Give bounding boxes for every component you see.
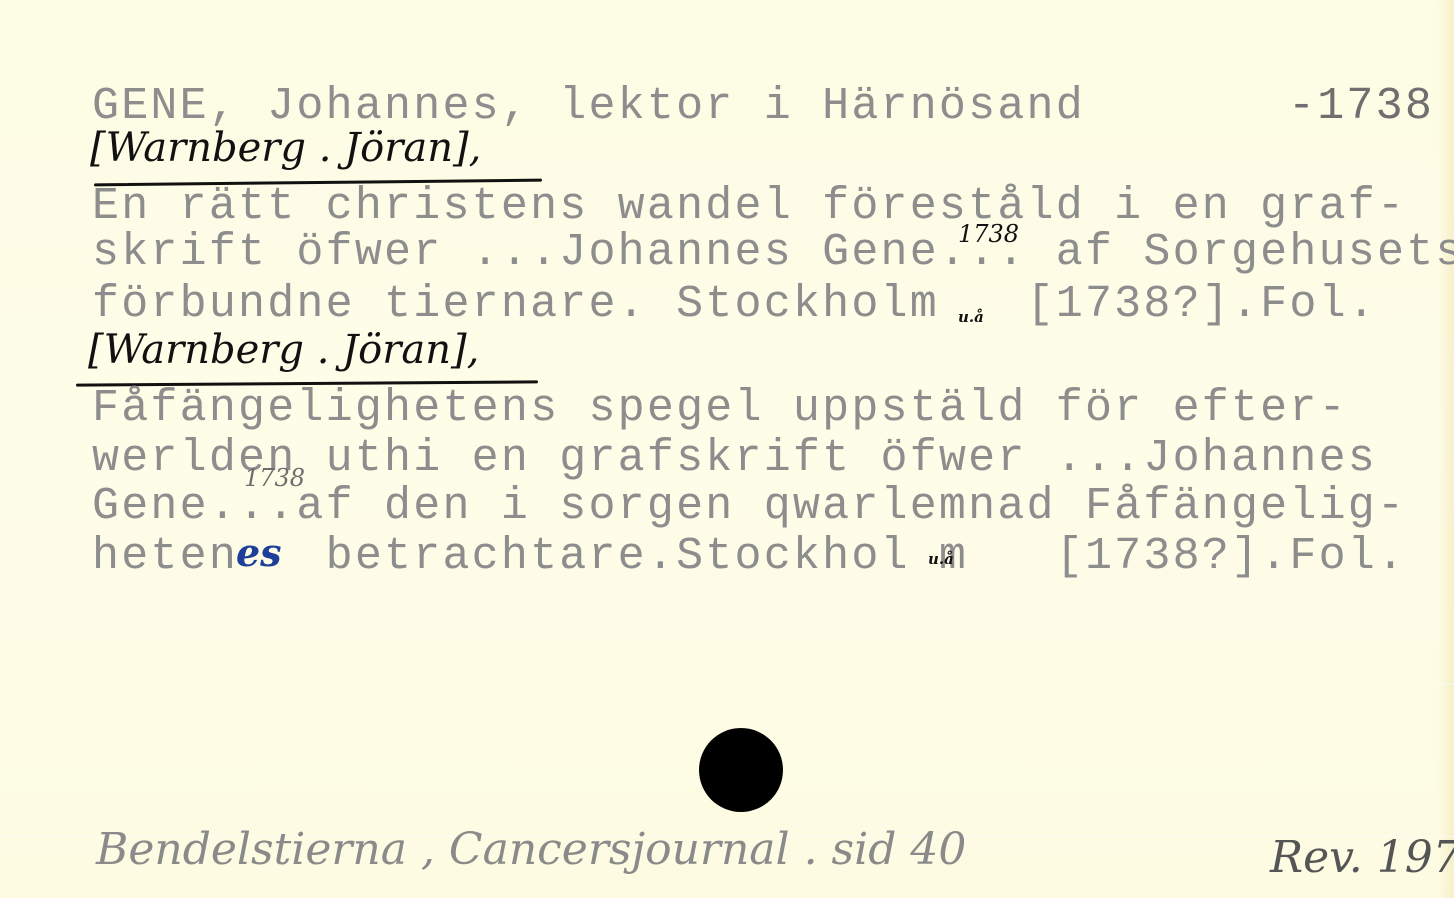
- author-annotation-1: [Warnberg . Jöran],: [90, 128, 481, 168]
- entry-1-line-1: En rätt christens wandel föreståld i en …: [92, 184, 1406, 229]
- blue-correction: es: [236, 534, 282, 572]
- source-note: Bendelstierna , Cancersjournal . sid 40: [96, 828, 966, 872]
- entry-2-line-4: heten betrachtare.Stockhol m [1738?].Fol…: [92, 534, 1406, 579]
- catalog-card: GENE, Johannes, lektor i Härnösand -1738…: [0, 0, 1454, 898]
- place-annotation-1: u.å: [958, 310, 984, 325]
- heading-date: -1738: [1288, 84, 1434, 129]
- entry-1-line-2: skrift öfwer ...Johannes Gene... af Sorg…: [92, 230, 1454, 275]
- revision-note: Rev. 1970: [1270, 836, 1454, 880]
- entry-1-line-3: förbundne tiernare. Stockholm [1738?].Fo…: [92, 282, 1377, 327]
- author-annotation-2: [Warnberg . Jöran],: [88, 330, 479, 370]
- faint-ruling: [0, 684, 1454, 685]
- heading-name: GENE, Johannes, lektor i Härnösand: [92, 84, 1085, 129]
- place-annotation-2: u.å: [928, 552, 954, 567]
- card-edge: [1438, 0, 1454, 898]
- insert-year-1: 1738: [958, 222, 1019, 246]
- entry-2-line-1: Fåfängelighetens spegel uppstäld för eft…: [92, 386, 1348, 431]
- punch-hole: [699, 728, 783, 812]
- insert-year-2: 1738: [244, 466, 305, 490]
